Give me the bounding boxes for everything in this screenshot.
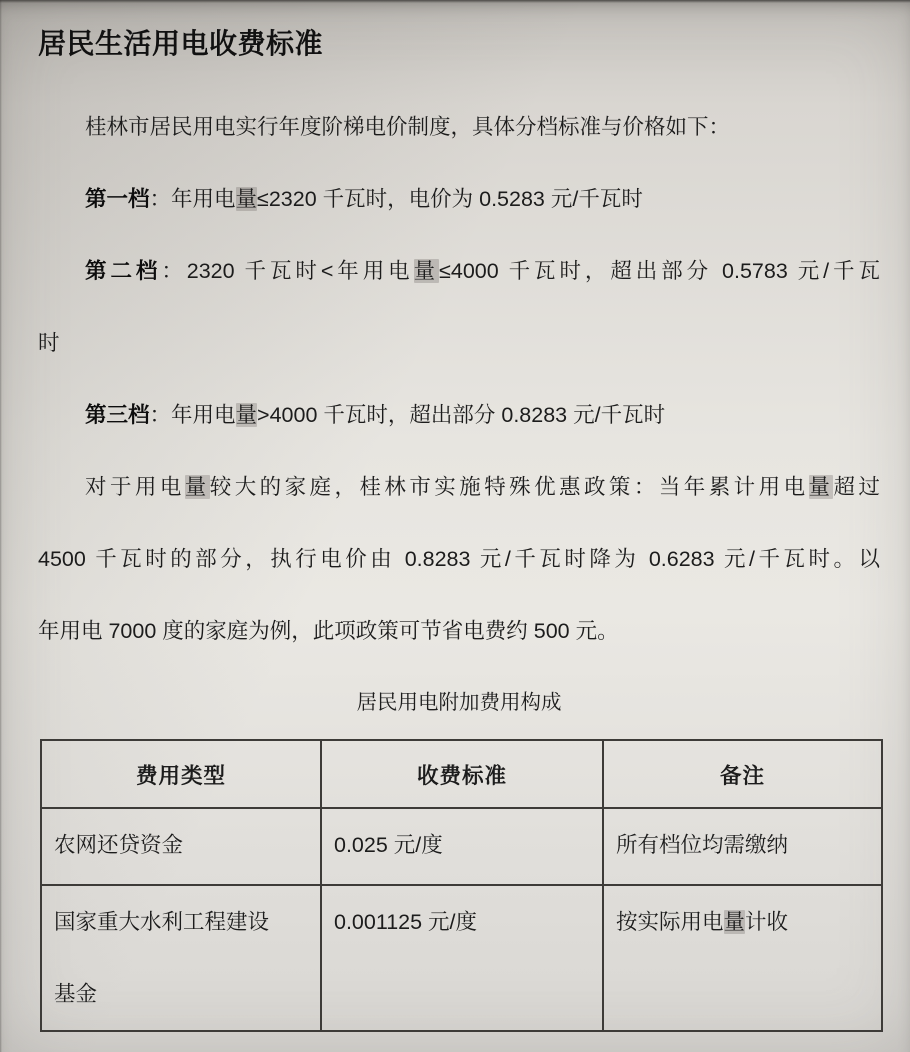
tier3-line: 第三档：年用电量>4000 千瓦时，超出部分 0.8283 元/千瓦时: [38, 379, 880, 451]
cell-rate: 0.001125 元/度: [321, 885, 603, 1031]
fees-table: 费用类型 收费标准 备注 农网还贷资金 0.025 元/度 所有档位均需缴纳 国…: [40, 739, 883, 1032]
discount-line2: 4500 千瓦时的部分，执行电价由 0.8283 元/千瓦时降为 0.6283 …: [38, 523, 880, 595]
tier2-text: ：2320 千瓦时<年用电量≤4000 千瓦时，超出部分 0.5783 元/千瓦: [161, 259, 880, 283]
tier2-label: 第二档: [85, 259, 161, 283]
intro-text: 桂林市居民用电实行年度阶梯电价制度，具体分档标准与价格如下：: [85, 115, 730, 139]
tier3-text: ：年用电量>4000 千瓦时，超出部分 0.8283 元/千瓦时: [150, 403, 666, 427]
header-note: 备注: [603, 740, 882, 808]
cell-note: 所有档位均需缴纳: [603, 808, 882, 885]
cell-rate: 0.025 元/度: [321, 808, 603, 885]
cell-note: 按实际用电量计收: [603, 885, 882, 1031]
discount-line1: 对于用电量较大的家庭，桂林市实施特殊优惠政策：当年累计用电量超过: [38, 451, 880, 523]
intro-paragraph: 桂林市居民用电实行年度阶梯电价制度，具体分档标准与价格如下：: [38, 91, 880, 163]
tier2-line1: 第二档：2320 千瓦时<年用电量≤4000 千瓦时，超出部分 0.5783 元…: [38, 235, 880, 307]
tier1-label: 第一档: [85, 187, 150, 211]
tier2-line2: 时: [38, 307, 880, 379]
header-fee-type: 费用类型: [41, 740, 321, 808]
discount-line3: 年用电 7000 度的家庭为例，此项政策可节省电费约 500 元。: [38, 595, 880, 667]
cell-fee-type: 农网还贷资金: [41, 808, 321, 885]
fund-name-text: 国家重大水利工程建设基金: [54, 886, 274, 1030]
cell-fee-type: 国家重大水利工程建设基金: [41, 885, 321, 1031]
tier3-label: 第三档: [85, 403, 150, 427]
header-rate: 收费标准: [321, 740, 603, 808]
table-row: 农网还贷资金 0.025 元/度 所有档位均需缴纳: [41, 808, 882, 885]
tier1-text: ：年用电量≤2320 千瓦时，电价为 0.5283 元/千瓦时: [150, 187, 643, 211]
body-text: 桂林市居民用电实行年度阶梯电价制度，具体分档标准与价格如下： 第一档：年用电量≤…: [38, 91, 880, 739]
discount-text-1: 对于用电量较大的家庭，桂林市实施特殊优惠政策：当年累计用电量超过: [85, 475, 880, 499]
table-caption: 居民用电附加费用构成: [38, 667, 880, 739]
document-content: 居民生活用电收费标准 桂林市居民用电实行年度阶梯电价制度，具体分档标准与价格如下…: [0, 0, 910, 1032]
table-header-row: 费用类型 收费标准 备注: [41, 740, 882, 808]
table-row: 国家重大水利工程建设基金 0.001125 元/度 按实际用电量计收: [41, 885, 882, 1031]
discount-text-2: 4500 千瓦时的部分，执行电价由 0.8283 元/千瓦时降为 0.6283 …: [38, 547, 880, 571]
tier1-line: 第一档：年用电量≤2320 千瓦时，电价为 0.5283 元/千瓦时: [38, 163, 880, 235]
document-page: 居民生活用电收费标准 桂林市居民用电实行年度阶梯电价制度，具体分档标准与价格如下…: [0, 0, 910, 1052]
tier2-wrap-text: 时: [38, 331, 60, 355]
table-caption-text: 居民用电附加费用构成: [357, 691, 562, 714]
page-title: 居民生活用电收费标准: [38, 26, 880, 62]
discount-text-3: 年用电 7000 度的家庭为例，此项政策可节省电费约 500 元。: [38, 619, 619, 643]
